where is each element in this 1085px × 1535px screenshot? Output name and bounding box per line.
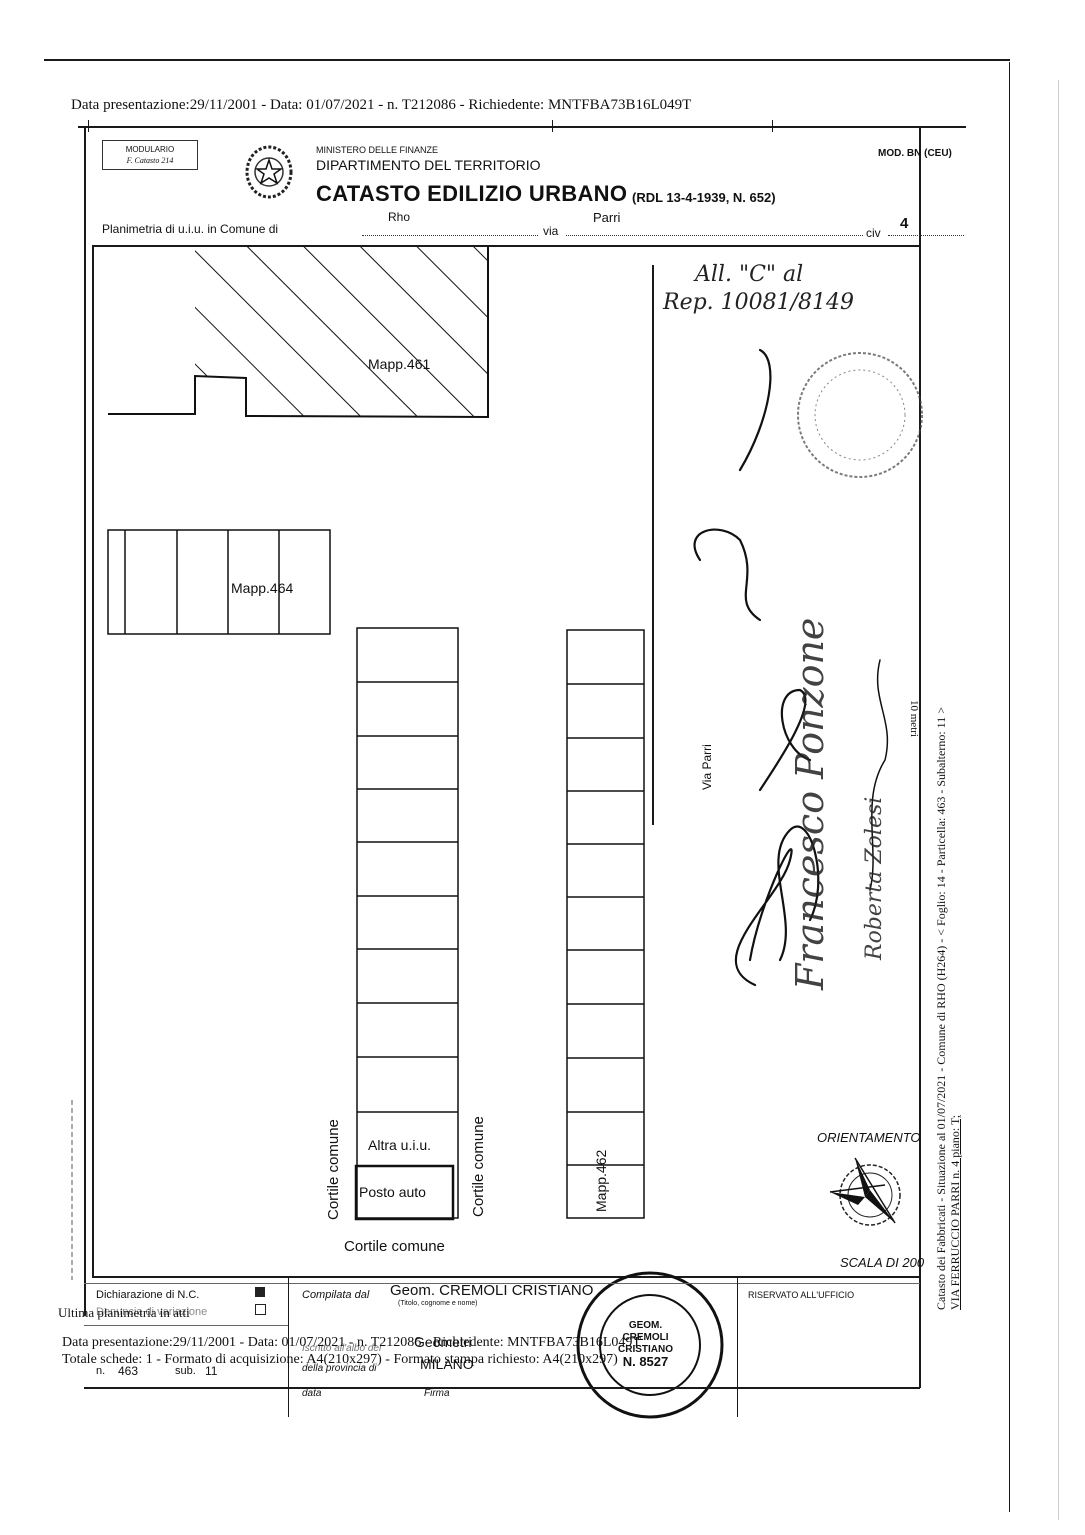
parcel-label-mapp-464: Mapp.464	[231, 580, 293, 596]
footer-row-divider	[84, 1325, 288, 1326]
parcel-label-mapp-462: Mapp.462	[593, 1150, 609, 1212]
unit-label-posto-auto: Posto auto	[359, 1184, 426, 1200]
footer-divider-2	[737, 1277, 738, 1417]
parcel-label-mapp-461: Mapp.461	[368, 356, 430, 372]
catasto-side-line-2: VIA FERRUCCIO PARRI n. 4 piano: T;	[948, 1115, 963, 1310]
compilatore-hint: (Titolo, cognome e nome)	[398, 1300, 478, 1307]
dichiarazione-nc-label: Dichiarazione di N.C.	[96, 1289, 199, 1301]
courtyard-label-middle: Cortile comune	[470, 1116, 487, 1217]
orientation-label: ORIENTAMENTO	[817, 1130, 921, 1145]
handwritten-repertorio: Rep. 10081/8149	[663, 290, 854, 315]
handwritten-allegato: All. "C" al	[695, 262, 803, 287]
unit-label-altra-uiu: Altra u.i.u.	[368, 1137, 431, 1153]
courtyard-label-left: Cortile comune	[325, 1119, 342, 1220]
denuncia-variazione-checkbox[interactable]	[255, 1304, 266, 1315]
street-label: Via Parri	[700, 744, 714, 790]
signature-roberta: Roberta Zolesi	[862, 797, 887, 960]
compilata-label: Compilata dal	[302, 1289, 369, 1301]
signature-francesco: Francesco Ponzone	[788, 618, 832, 990]
scale-label: SCALA DI 200	[840, 1255, 924, 1270]
overlay-format-line: Totale schede: 1 - Formato di acquisizio…	[62, 1352, 618, 1368]
overlay-presentation-line: Data presentazione:29/11/2001 - Data: 01…	[62, 1335, 641, 1351]
catasto-side-line-1: Catasto dei Fabbricati - Situazione al 0…	[934, 707, 949, 1310]
compilatore-name: Geom. CREMOLI CRISTIANO	[390, 1282, 593, 1299]
data-label: data	[302, 1388, 321, 1399]
courtyard-label-bottom: Cortile comune	[344, 1238, 445, 1255]
riservato-ufficio-label: RISERVATO ALL'UFFICIO	[748, 1290, 854, 1300]
ultima-planimetria-overlay: Ultima planimetria in atti	[58, 1305, 190, 1321]
scale-bar-note: 10 metri	[908, 700, 920, 737]
dichiarazione-nc-checkbox-checked[interactable]	[255, 1287, 265, 1297]
footer-bottom-border	[84, 1387, 920, 1389]
firma-label: Firma	[424, 1388, 450, 1399]
